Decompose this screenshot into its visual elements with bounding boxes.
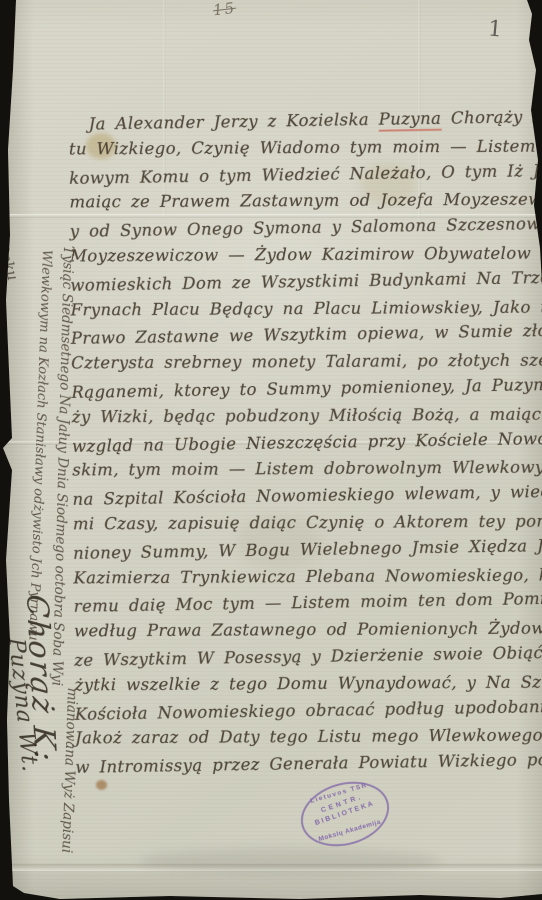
paper-smudge (140, 848, 440, 874)
manuscript-line: w Intromissyą przez Generała Powiatu Wiz… (75, 747, 537, 781)
scanned-manuscript-page: 15 1 Ja Alexander Jerzy z Kozielska Puzy… (0, 0, 542, 900)
manuscript-body-text: Ja Alexander Jerzy z Kozielska Puzyna Ch… (69, 106, 538, 781)
opening-text: Ja Alexander Jerzy z Kozielska (88, 110, 378, 134)
pencil-page-number: 1 (487, 16, 503, 42)
fold-crease-lower (0, 864, 542, 871)
margin-note-roku: Roku (0, 240, 22, 283)
margin-note-lower: mianowana Wyż Zapisui (58, 687, 80, 853)
crossed-out-archival-number: 15 (212, 0, 237, 19)
underlined-name: Puzyna (379, 109, 442, 132)
paper-stain (96, 780, 107, 790)
paper-sheet: 15 1 Ja Alexander Jerzy z Kozielska Puzy… (0, 0, 542, 900)
margin-note-outer: Wlewkowym na Kozłach Stanisławy odżywist… (25, 249, 54, 640)
library-oval-stamp: Lietuvos TSR CENTR. BIBLIOTEKA Mokslų Ak… (293, 772, 397, 856)
opening-text-continued: Chorąży Powia= (441, 106, 542, 128)
